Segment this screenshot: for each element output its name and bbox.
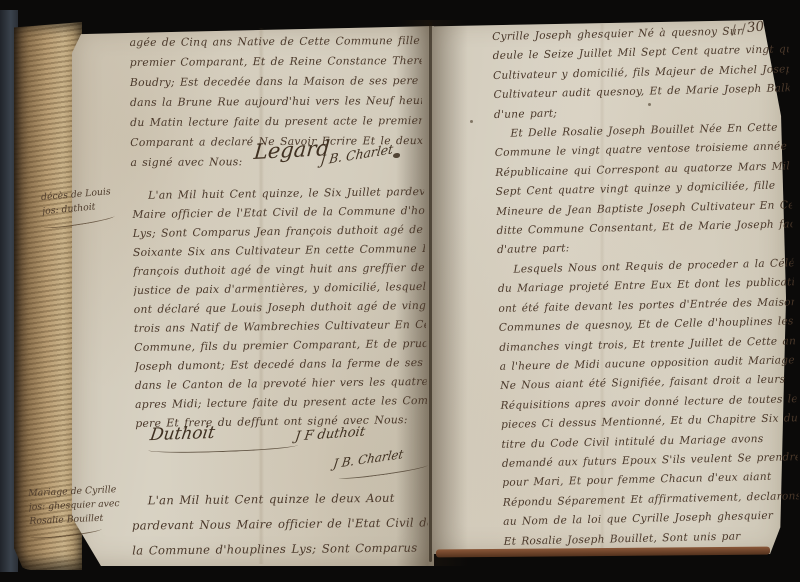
margin-note-deces-duthoit: décès de Louisjos: duthoit xyxy=(41,185,116,228)
record-mariage-opening-text: L'an Mil huit Cent quinze le deux Aoutpa… xyxy=(132,485,429,563)
signature-legard: Legard xyxy=(253,136,331,164)
paragraph-celebration: Lesquels Nous ont Requis de proceder a l… xyxy=(497,254,800,552)
manuscript-line: premier Comparant, Et de Reine Constance… xyxy=(130,51,422,73)
paragraph-bride: Et Delle Rosalie Joseph Bouillet Née En … xyxy=(494,118,793,261)
record-mariage-body-text: Cyrille Joseph ghesquier Né à quesnoy Su… xyxy=(492,21,800,552)
folio-number: 30 xyxy=(732,18,765,37)
folio-number-value: 30 xyxy=(746,18,765,36)
manuscript-line: pardevant Nous Maire officier de l'Etat … xyxy=(132,510,428,538)
manuscript-line: Boudry; Est decedée dans la Maison de se… xyxy=(130,71,422,93)
ink-speck xyxy=(648,103,651,106)
margin-note-mariage-ghesquier: Mariage de Cyrillejos: ghesquier avecRos… xyxy=(28,483,121,538)
manuscript-line: L'an Mil huit Cent quinze le deux Aout xyxy=(132,485,428,513)
paragraph-groom: Cyrille Joseph ghesquier Né à quesnoy Su… xyxy=(492,21,790,125)
signature-duthoit-father: Duthoit xyxy=(149,423,217,445)
record-deces-duthoit-text: L'an Mil huit Cent quinze, le Six Juille… xyxy=(132,182,427,433)
ink-speck xyxy=(700,190,703,193)
register-photo: décès de Louisjos: duthoit Mariage de Cy… xyxy=(0,0,800,582)
manuscript-line: agée de Cinq ans Native de Cette Commune… xyxy=(130,31,422,53)
book-fold-line xyxy=(429,22,432,562)
manuscript-line: du Matin lecture faite du present acte l… xyxy=(130,111,422,133)
manuscript-line: dans la Brune Rue aujourd'hui vers les N… xyxy=(130,91,422,113)
folio-mark-icon xyxy=(732,23,746,36)
manuscript-line: Rosalie Bouillet xyxy=(29,511,120,529)
ink-speck xyxy=(470,120,473,123)
manuscript-line: la Commune d'houplines Lys; Sont Comparu… xyxy=(132,535,428,563)
